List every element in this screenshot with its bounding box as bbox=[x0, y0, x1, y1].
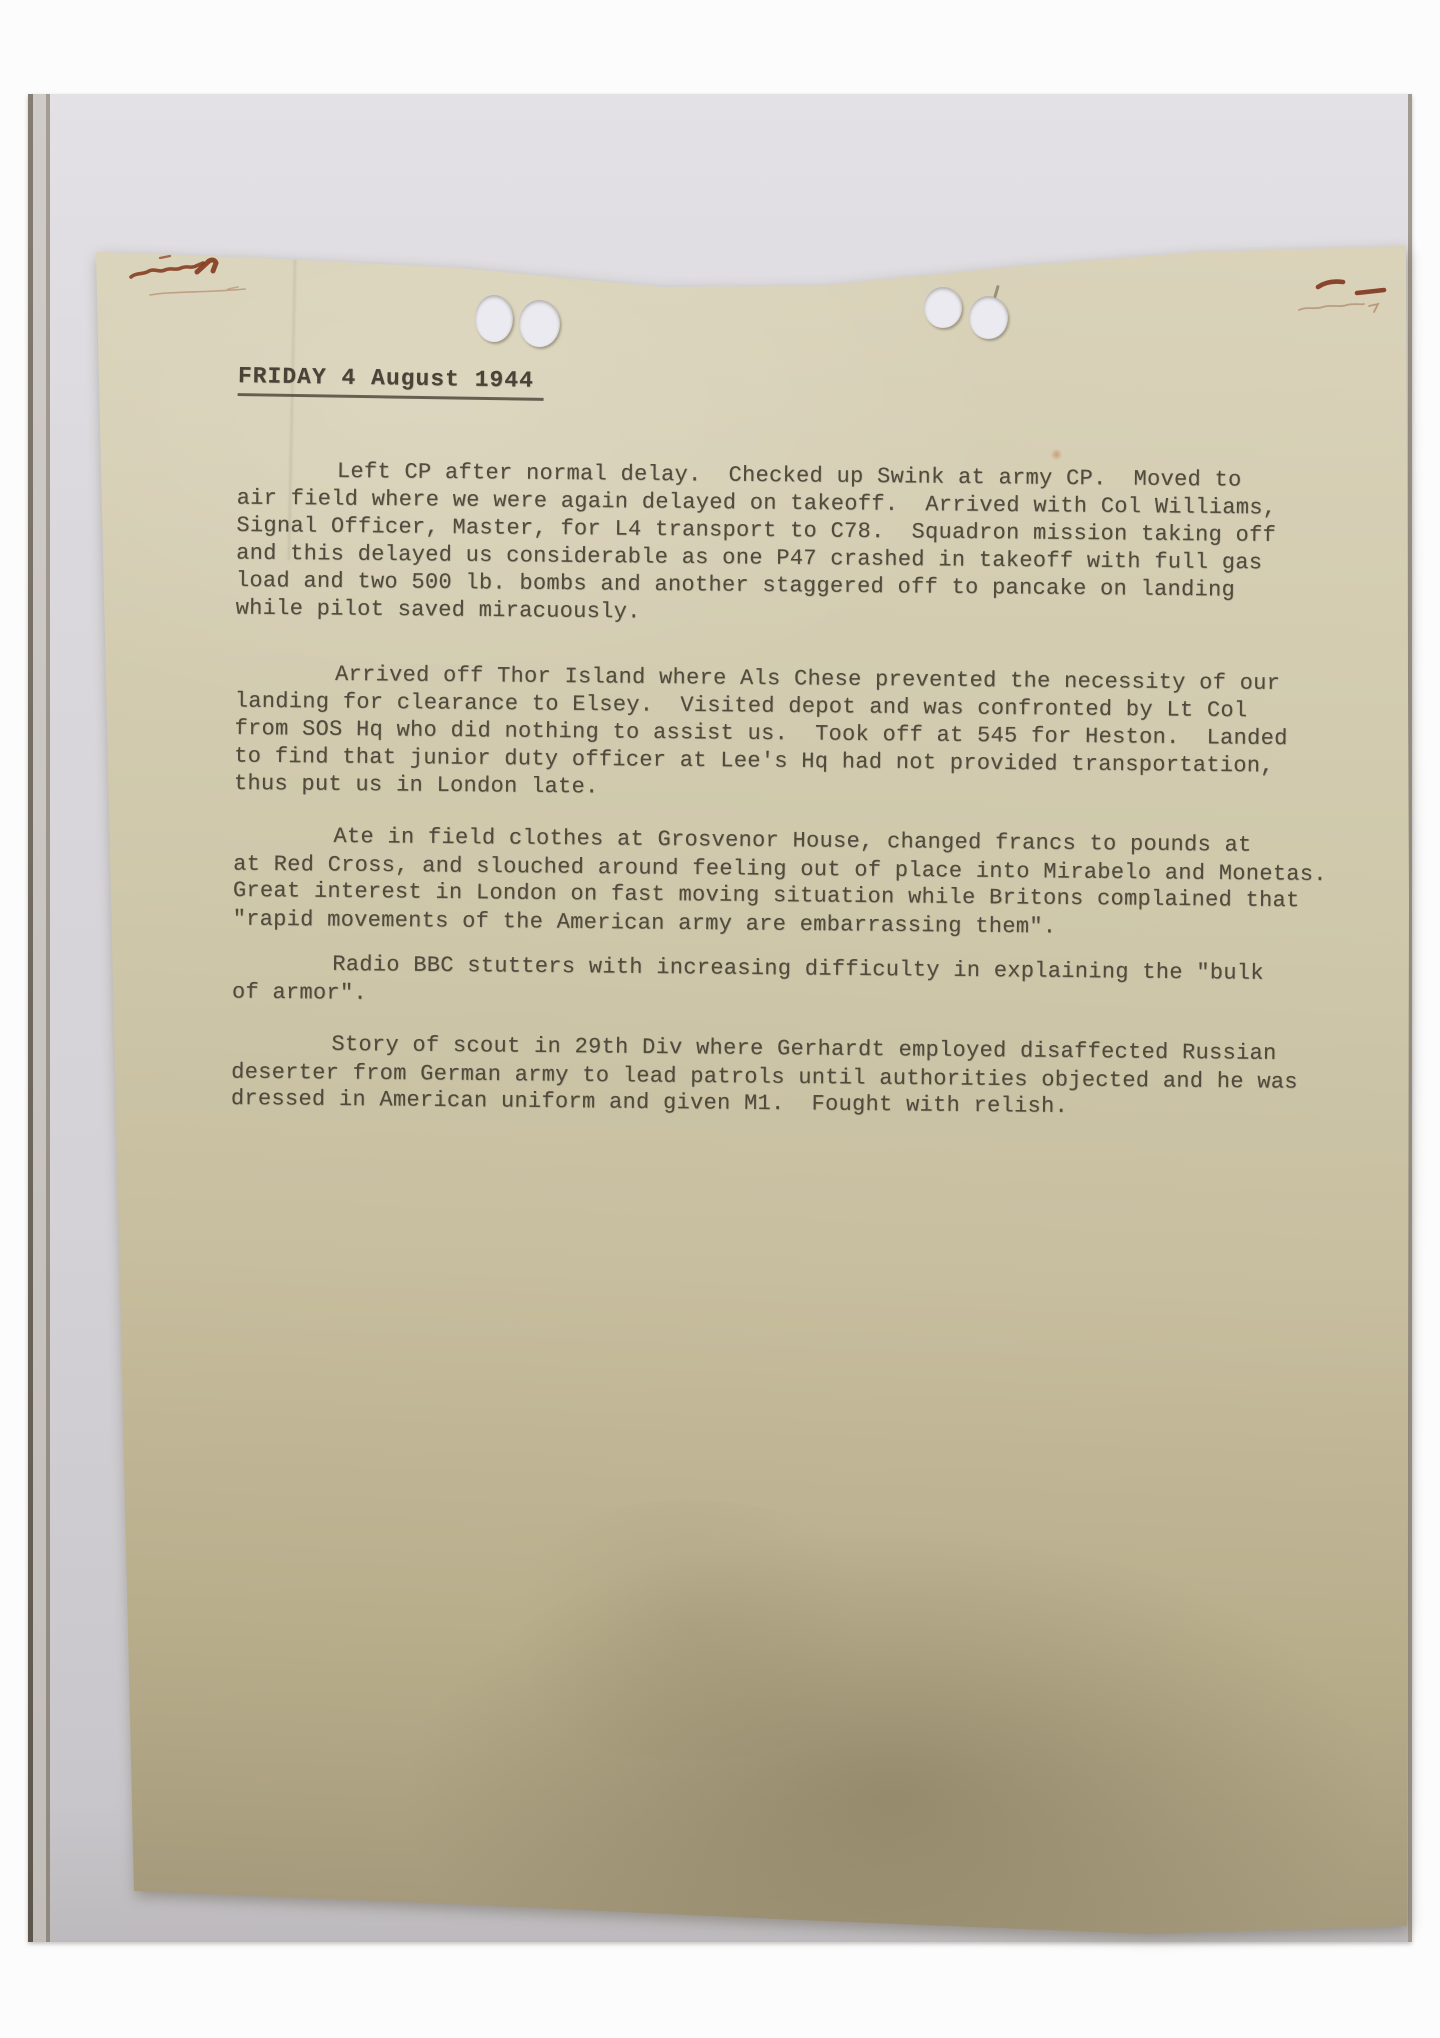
document-title: FRIDAY 4 August 1944 bbox=[238, 364, 1363, 407]
scanned-document-photo: FRIDAY 4 August 1944 Left CP after norma… bbox=[0, 0, 1440, 2038]
punch-hole-tear bbox=[993, 285, 999, 298]
typewritten-sheet: FRIDAY 4 August 1944 Left CP after norma… bbox=[0, 0, 1440, 2038]
document-title-text: FRIDAY 4 August 1944 bbox=[238, 363, 545, 400]
punch-hole bbox=[969, 296, 1008, 339]
paragraph: Left CP after normal delay. Checked up S… bbox=[236, 456, 1363, 632]
typed-text: FRIDAY 4 August 1944 Left CP after norma… bbox=[231, 364, 1363, 1123]
punch-hole bbox=[519, 300, 560, 347]
paragraph: Story of scout in 29th Div where Gerhard… bbox=[231, 1030, 1357, 1123]
paragraph: Ate in field clothes at Grosvenor House,… bbox=[233, 822, 1359, 943]
paragraph: Radio BBC stutters with increasing diffi… bbox=[232, 950, 1357, 1016]
paper-smudge bbox=[480, 1500, 900, 1760]
sheet-wrapper: FRIDAY 4 August 1944 Left CP after norma… bbox=[0, 0, 1440, 2038]
paragraph: Arrived off Thor Island where Als Chese … bbox=[234, 659, 1360, 807]
punch-hole bbox=[475, 295, 513, 342]
punch-hole bbox=[924, 287, 962, 328]
